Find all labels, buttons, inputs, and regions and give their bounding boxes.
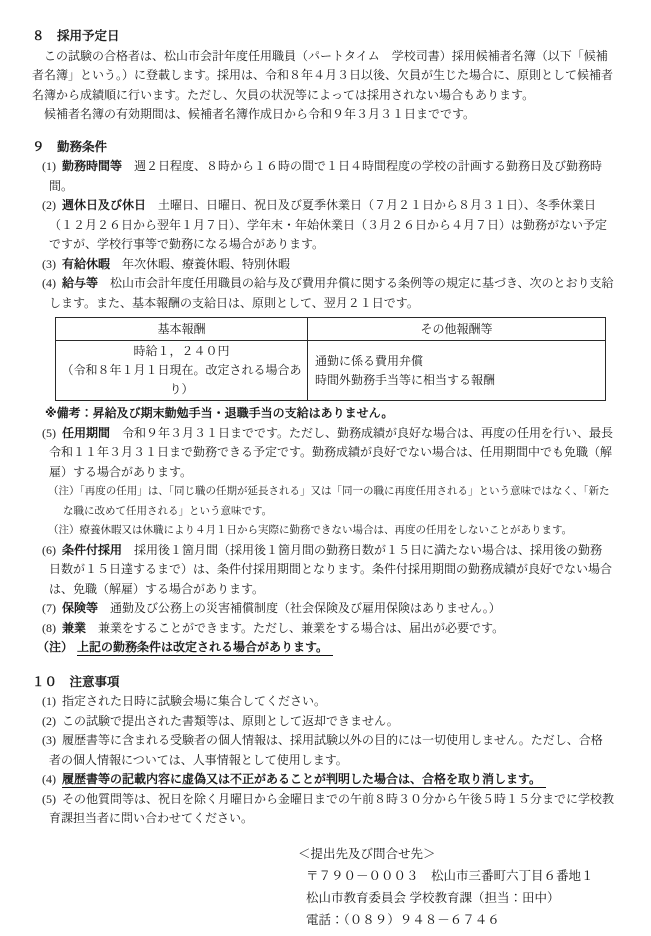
adoption-paragraph: この試験の合格者は、松山市会計年度任用職員（パートタイム 学校司書）採用候補者名… xyxy=(32,47,614,106)
item-label: 給与等 xyxy=(62,276,98,290)
item-paid-leave: (3)有給休暇年次休暇、療養休暇、特別休暇 xyxy=(32,255,614,275)
section-heading-adoption-date: ８ 採用予定日 xyxy=(32,27,614,47)
item-number: (4) xyxy=(42,276,56,290)
item-number: (3) xyxy=(42,733,56,747)
precaution-3: (3)履歴書等に含まれる受験者の個人情報は、採用試験以外の目的には一切使用しませ… xyxy=(32,731,614,770)
item-salary: (4)給与等松山市会計年度任用職員の給与及び費用弁償に関する条例等の規定に基づき… xyxy=(32,274,614,313)
item-number: (2) xyxy=(42,198,56,212)
contact-phone: 電話：（０８９）９４８－６７４６ xyxy=(306,909,614,931)
item-label: 週休日及び休日 xyxy=(62,198,146,212)
item-number: (5) xyxy=(42,426,56,440)
appointment-note-1: （注）「再度の任用」は、「同じ職の任期が延長される」又は「同一の職に再度任用され… xyxy=(32,482,614,521)
item-label: 任用期間 xyxy=(62,426,110,440)
base-pay-header: 基本報酬 xyxy=(56,318,308,341)
item-text: 指定された日時に試験会場に集合してください。 xyxy=(62,694,326,708)
overtime-compensation: 時間外勤務手当等に相当する報酬 xyxy=(315,371,605,390)
item-text: 通勤及び公務上の災害補償制度（社会保険及び雇用保険はありません。） xyxy=(110,601,501,615)
base-pay-note: （令和８年１月１日現在。改定される場合あり） xyxy=(56,361,307,399)
contact-organization: 松山市教育委員会 学校教育課（担当：田中） xyxy=(306,887,614,909)
work-conditions-revision-note: （注）上記の勤務条件は改定される場合があります。 xyxy=(37,638,614,658)
item-text: 採用後１箇月間（採用後１箇月間の勤務日数が１５日に満たない場合は、採用後の勤務日… xyxy=(49,543,612,596)
precaution-4: (4)履歴書等の記載内容に虚偽又は不正があることが判明した場合は、合格を取り消し… xyxy=(32,770,614,790)
section-heading-precautions: １０ 注意事項 xyxy=(32,673,614,693)
item-number: (1) xyxy=(42,694,56,708)
appointment-note-2: （注）療養休暇又は休職により４月１日から実際に勤務できない場合は、再度の任用をし… xyxy=(32,521,614,541)
section-heading-work-conditions: ９ 勤務条件 xyxy=(32,138,614,158)
item-holidays: (2)週休日及び休日土曜日、日曜日、祝日及び夏季休業日（７月２１日から８月３１日… xyxy=(32,196,614,255)
note-underlined-text: 上記の勤務条件は改定される場合があります。 xyxy=(77,640,333,656)
item-side-job: (8)兼業兼業をすることができます。ただし、兼業をする場合は、届出が必要です。 xyxy=(32,619,614,639)
item-label: 条件付採用 xyxy=(62,543,122,557)
note-prefix: （注） xyxy=(37,640,73,654)
item-text: 令和９年３月３１日までです。ただし、勤務成績が良好な場合は、再度の任用を行い、最… xyxy=(49,426,613,479)
item-text: 年次休暇、療養休暇、特別休暇 xyxy=(122,257,290,271)
item-text: その他質問等は、祝日を除く月曜日から金曜日までの午前８時３０分から午後５時１５分… xyxy=(49,792,614,826)
item-number: (3) xyxy=(42,257,56,271)
base-pay-cell: 時給１，２４０円 （令和８年１月１日現在。改定される場合あり） xyxy=(56,341,308,401)
compensation-table: 基本報酬 その他報酬等 時給１，２４０円 （令和８年１月１日現在。改定される場合… xyxy=(55,317,606,401)
item-text: 松山市会計年度任用職員の給与及び費用弁償に関する条例等の規定に基づき、次のとおり… xyxy=(49,276,614,310)
precaution-1: (1)指定された日時に試験会場に集合してください。 xyxy=(32,692,614,712)
item-work-hours: (1)勤務時間等週２日程度、８時から１６時の間で１日４時間程度の学校の計画する勤… xyxy=(32,157,614,196)
item-number: (8) xyxy=(42,621,56,635)
item-appointment-period: (5)任用期間令和９年３月３１日までです。ただし、勤務成績が良好な場合は、再度の… xyxy=(32,424,614,483)
other-pay-cell: 通勤に係る費用弁償 時間外勤務手当等に相当する報酬 xyxy=(308,341,606,401)
item-number: (4) xyxy=(42,772,56,786)
item-text: 履歴書等に含まれる受験者の個人情報は、採用試験以外の目的には一切使用しません。た… xyxy=(49,733,603,767)
precaution-5: (5)その他質問等は、祝日を除く月曜日から金曜日までの午前８時３０分から午後５時… xyxy=(32,790,614,829)
item-number: (1) xyxy=(42,159,56,173)
item-text-emphasized: 履歴書等の記載内容に虚偽又は不正があることが判明した場合は、合格を取り消します。 xyxy=(62,772,546,788)
item-label: 有給休暇 xyxy=(62,257,110,271)
item-text: この試験で提出された書類等は、原則として返却できません。 xyxy=(62,714,399,728)
item-number: (7) xyxy=(42,601,56,615)
contact-postal-address: 〒７９０－０００３ 松山市三番町六丁目６番地１ xyxy=(306,865,614,887)
other-pay-header: その他報酬等 xyxy=(308,318,606,341)
item-insurance: (7)保険等通勤及び公務上の災害補償制度（社会保険及び雇用保険はありません。） xyxy=(32,599,614,619)
table-remark: ※備考：昇給及び期末勤勉手当・退職手当の支給はありません。 xyxy=(45,404,614,424)
commute-compensation: 通勤に係る費用弁償 xyxy=(315,352,605,371)
item-number: (5) xyxy=(42,792,56,806)
item-conditional-employment: (6)条件付採用採用後１箇月間（採用後１箇月間の勤務日数が１５日に満たない場合は… xyxy=(32,541,614,600)
item-label: 保険等 xyxy=(62,601,98,615)
recruitment-notice-document: ８ 採用予定日 この試験の合格者は、松山市会計年度任用職員（パートタイム 学校司… xyxy=(0,0,651,936)
roster-validity-paragraph: 候補者名簿の有効期間は、候補者名簿作成日から令和９年３月３１日までです。 xyxy=(32,105,614,125)
item-label: 兼業 xyxy=(62,621,86,635)
item-text: 週２日程度、８時から１６時の間で１日４時間程度の学校の計画する勤務日及び勤務時間… xyxy=(49,159,602,193)
precaution-2: (2)この試験で提出された書類等は、原則として返却できません。 xyxy=(32,712,614,732)
contact-heading: ＜提出先及び問合せ先＞ xyxy=(298,843,614,865)
base-pay-value: 時給１，２４０円 xyxy=(56,342,307,361)
item-text: 兼業をすることができます。ただし、兼業をする場合は、届出が必要です。 xyxy=(98,621,504,635)
contact-block: ＜提出先及び問合せ先＞ 〒７９０－０００３ 松山市三番町六丁目６番地１ 松山市教… xyxy=(298,843,614,931)
item-number: (6) xyxy=(42,543,56,557)
item-number: (2) xyxy=(42,714,56,728)
item-label: 勤務時間等 xyxy=(62,159,122,173)
